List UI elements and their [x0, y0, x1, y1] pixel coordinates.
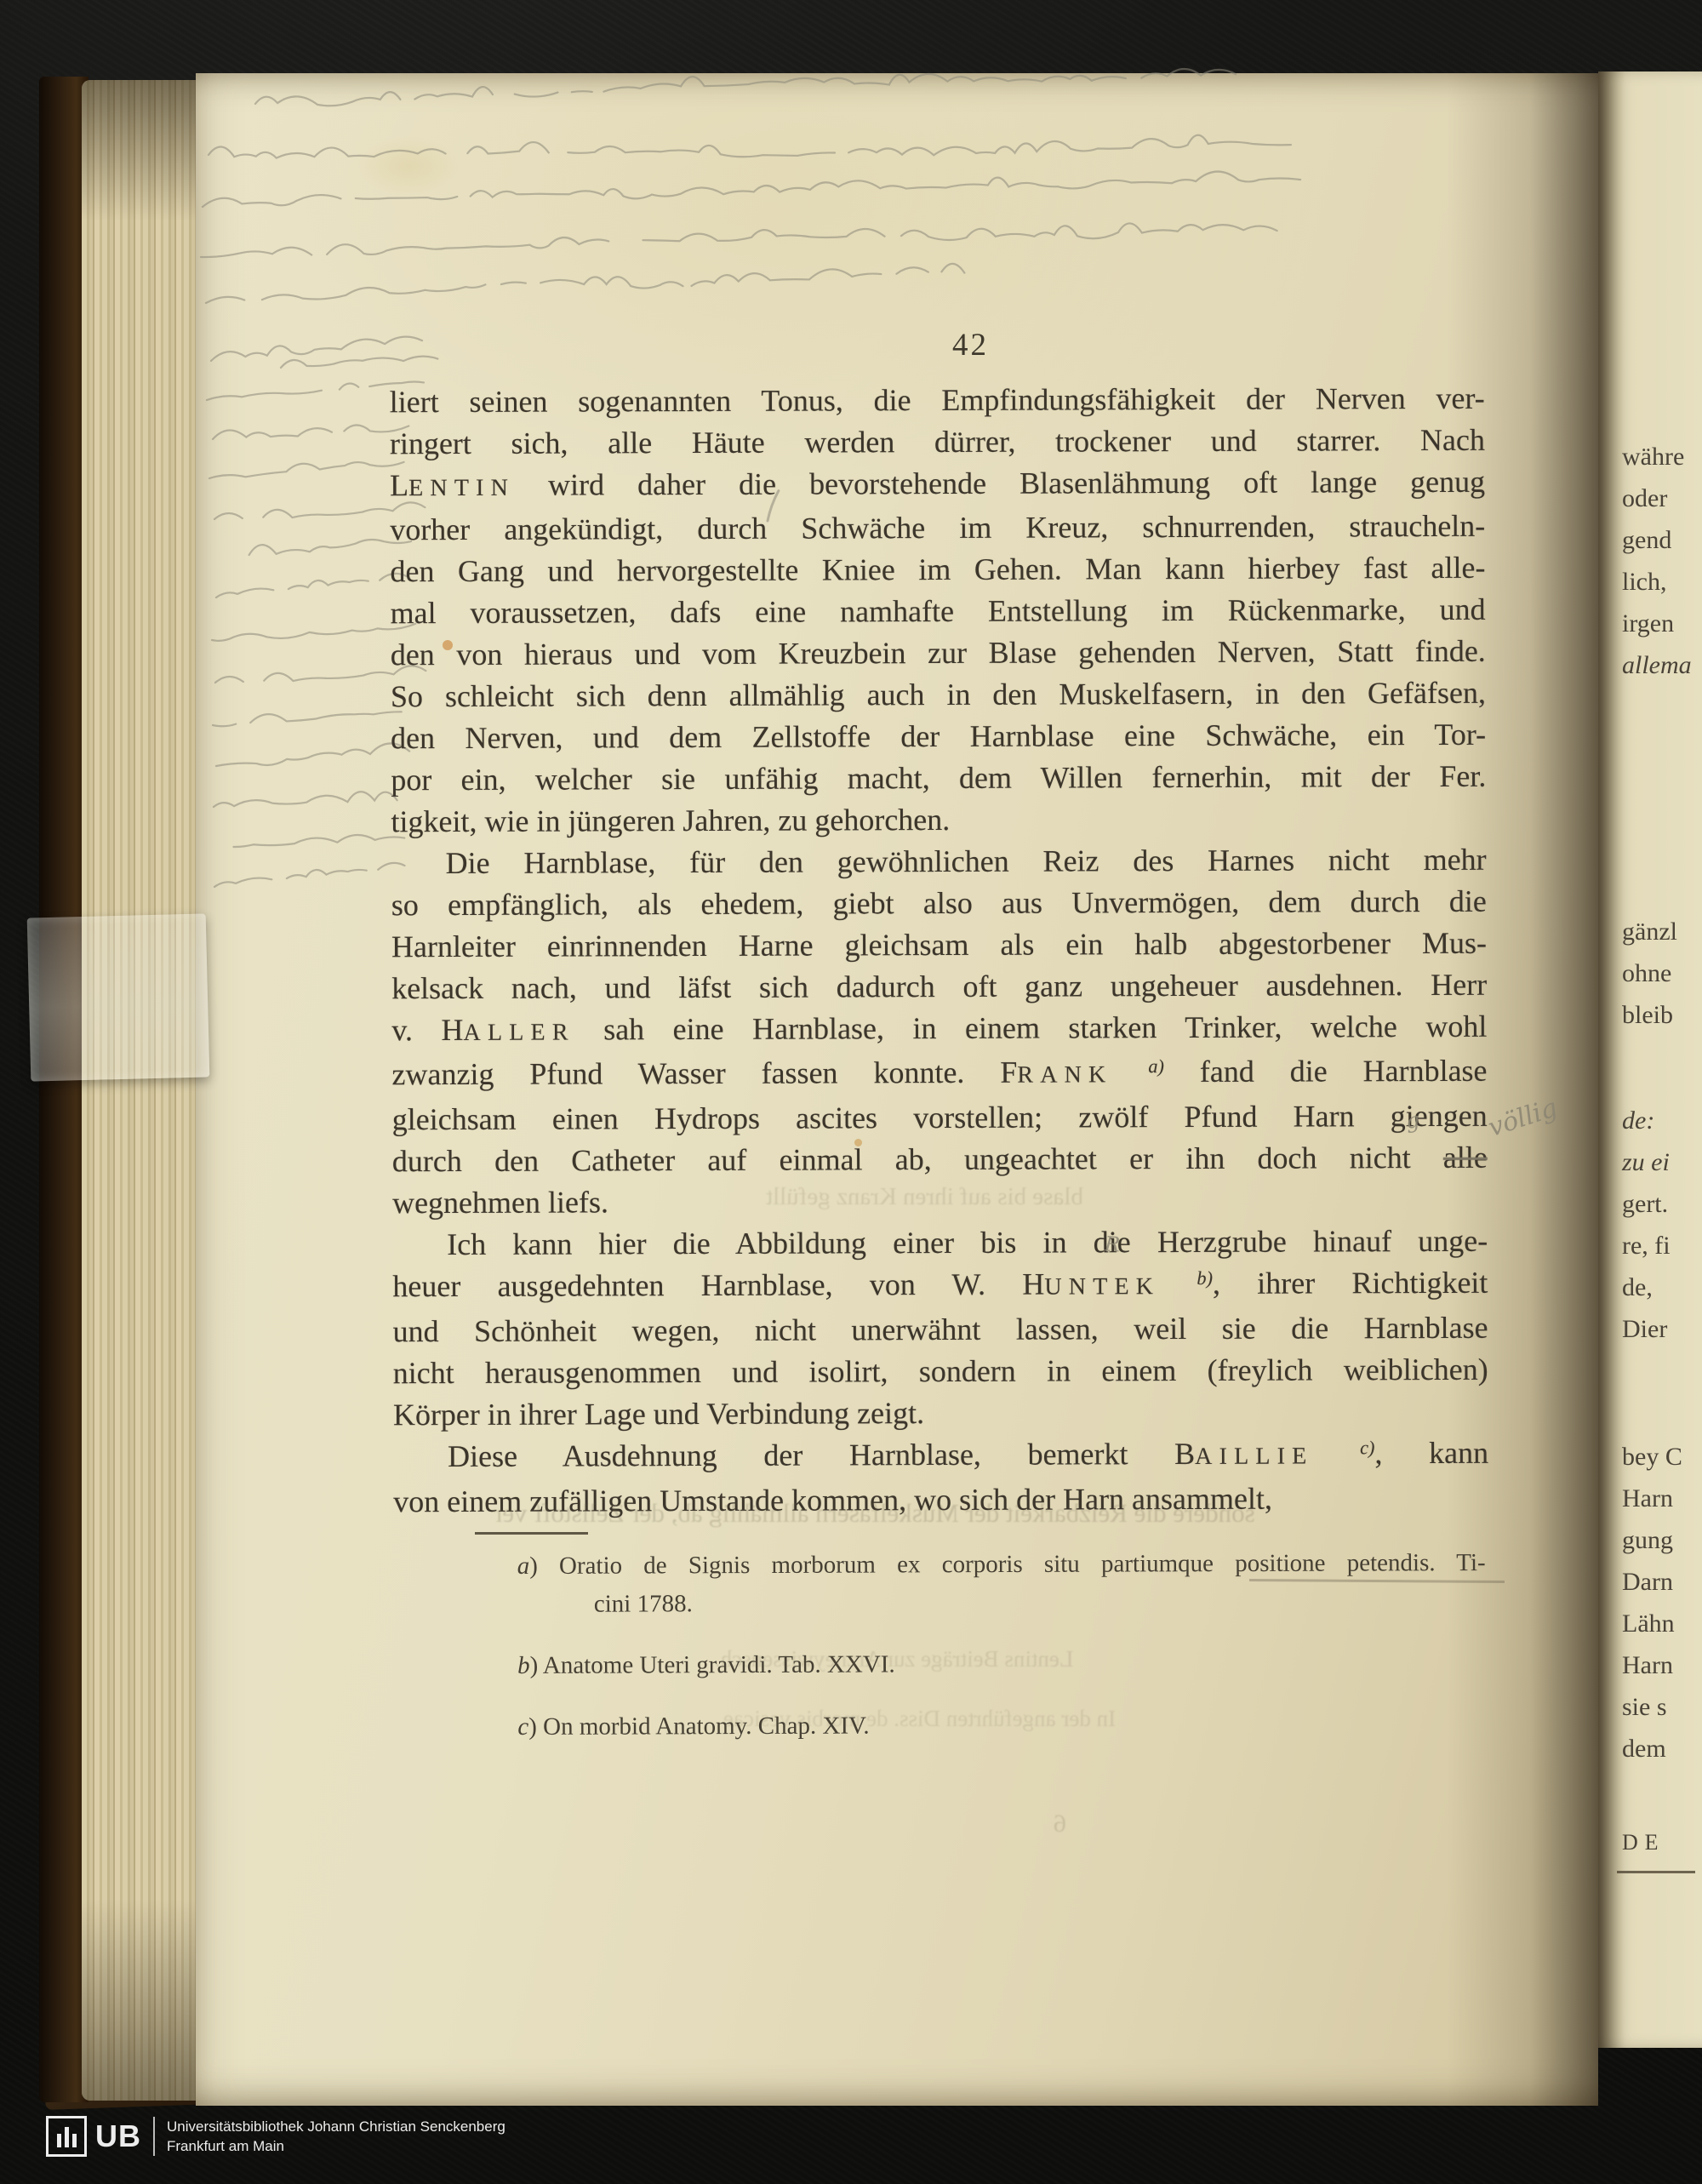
text-line: nicht herausgenommen und isolirt, sonder…: [393, 1349, 1488, 1394]
text-line: liert seinen sogenannten Tonus, die Empf…: [390, 378, 1485, 423]
handwriting-scribble: [214, 789, 397, 813]
stamp-line1: Universitätsbibliothek Johann Christian …: [167, 2117, 505, 2136]
text-line: den von hieraus und vom Kreuzbein zur Bl…: [391, 631, 1486, 676]
text-line: Die Harnblase, für den gewöhnlichen Reiz…: [391, 839, 1487, 884]
text-line: Harnleiter einrinnenden Harne gleichsam …: [391, 923, 1487, 968]
ub-logo-glyph: [72, 2134, 77, 2147]
page-fragment: allema: [1622, 651, 1692, 680]
text-line: Diese Ausdehnung der Harnblase, bemerkt …: [393, 1432, 1488, 1481]
text-line: LENTIN wird daher die bevorstehende Blas…: [390, 461, 1485, 509]
page-fragment: währe: [1622, 443, 1684, 472]
page-fragment: gend: [1622, 526, 1671, 555]
text-line: mal voraussetzen, dafs eine namhafte Ent…: [391, 589, 1486, 634]
text-line: cini 1788.: [517, 1582, 1486, 1624]
text-line: Ich kann hier die Abbildung einer bis in…: [392, 1221, 1488, 1266]
pencil-mark: R: [1104, 1232, 1121, 1256]
stamp-line2: Frankfurt am Main: [167, 2136, 505, 2156]
page-fragment: Harn: [1622, 1651, 1673, 1680]
ub-logo-box: [46, 2116, 87, 2157]
handwriting-scribble: [215, 573, 407, 597]
page-fragment: ohne: [1622, 959, 1671, 988]
page-fragment: de:: [1622, 1106, 1654, 1135]
page-fragment: bey C: [1622, 1443, 1682, 1472]
page-fragment: irgen: [1622, 609, 1674, 638]
handwriting-scribble: [212, 702, 401, 728]
page-fragment: bleib: [1622, 1001, 1673, 1030]
page-fragment: lich,: [1622, 568, 1667, 597]
text-line: den Gang und hervorgestellte Kniee im Ge…: [390, 547, 1485, 592]
bleed-through-text: blase bis auf ihren Kranz gefüllt: [766, 1183, 1083, 1211]
facing-page-strip: währeodergendlich,irgenallemagänzlohnebl…: [1598, 71, 1702, 2048]
page-fragment: zu ei: [1622, 1148, 1670, 1177]
page-fragment: Lähn: [1622, 1609, 1675, 1638]
text-line: v. HALLER sah eine Harnblase, in einem s…: [391, 1006, 1487, 1054]
handwriting-scribble: [208, 132, 1291, 166]
library-stamp-text: Universitätsbibliothek Johann Christian …: [153, 2117, 505, 2156]
text-line: heuer ausgedehnten Harnblase, von W. HUN…: [392, 1262, 1488, 1311]
page-fragment: sie s: [1622, 1693, 1667, 1722]
ub-logo-label: UB: [95, 2118, 141, 2154]
page-fragment: de,: [1622, 1273, 1653, 1302]
text-line: so empfänglich, als ehedem, giebt also a…: [391, 881, 1487, 926]
text-line: ringert sich, alle Häute werden dürrer, …: [390, 420, 1485, 465]
handwriting-scribble: [203, 169, 1300, 209]
text-line: kelsack nach, und läfst sich dadurch oft…: [391, 964, 1487, 1009]
main-text-block: liert seinen sogenannten Tonus, die Empf…: [390, 378, 1489, 1523]
handwriting-scribble: [233, 832, 404, 848]
page-fragment: gung: [1622, 1526, 1673, 1555]
footnote-separator-rule: [475, 1532, 588, 1535]
text-line: por ein, welcher sie unfähig macht, dem …: [391, 756, 1486, 801]
handwriting-scribble: [214, 862, 405, 887]
page-fragment: gert.: [1622, 1190, 1668, 1219]
handwriting-scribble: [210, 335, 422, 361]
handwriting-scribble: [212, 415, 408, 447]
handwriting-scribble: [205, 264, 964, 303]
text-line: So schleicht sich denn allmählig auch in…: [391, 672, 1486, 718]
page-fragment: Harn: [1622, 1484, 1673, 1513]
text-line: und Schönheit wegen, nicht unerwähnt las…: [392, 1307, 1488, 1352]
page-fragment: DE: [1622, 1830, 1665, 1855]
bleed-through-text: sondere die Reizbarkeit der Muskelfasern…: [494, 1498, 1255, 1529]
bleed-through-text: Lentins Beiträge zur Arzneywissensch.: [715, 1646, 1073, 1672]
text-line: tigkeit, wie in jüngeren Jahren, zu geho…: [391, 798, 1486, 843]
page-fragment: re, fi: [1622, 1232, 1671, 1261]
tape-strip: [27, 913, 210, 1081]
handwriting-scribble: [201, 214, 1277, 266]
text-line: zwanzig Pfund Wasser fassen konnte. FRAN…: [391, 1050, 1487, 1099]
scanned-book-screenshot: { "page": { "number": "42" }, "main_text…: [0, 0, 1702, 2184]
page-fragment: gänzl: [1622, 918, 1677, 946]
handwriting-scribble: [281, 355, 438, 368]
text-line: den Nerven, und dem Zellstoffe der Harnb…: [391, 714, 1486, 759]
bleed-through-text: In der angeführten Diss. de morbis vesic…: [723, 1706, 1116, 1732]
handwriting-scribble: [215, 742, 409, 769]
handwriting-scribble: [248, 532, 412, 557]
ub-logo-glyph: [57, 2134, 61, 2147]
text-line: gleichsam einen Hydrops ascites vorstell…: [392, 1095, 1488, 1141]
page-number: 42: [423, 327, 1518, 363]
facing-page-rule: [1617, 1871, 1695, 1873]
bleed-through-text: 6: [1054, 1810, 1066, 1838]
text-line: durch den Catheter auf einmal ab, ungeac…: [392, 1137, 1488, 1182]
text-line: vorher angekündigt, durch Schwäche im Kr…: [390, 506, 1485, 551]
text-line: Körper in ihrer Lage und Verbindung zeig…: [393, 1391, 1488, 1436]
page-fragment: dem: [1622, 1735, 1666, 1764]
library-stamp: UB Universitätsbibliothek Johann Christi…: [46, 2116, 505, 2157]
page-fragment: Darn: [1622, 1568, 1673, 1597]
handwriting-scribble: [208, 456, 404, 479]
handwriting-scribble: [212, 622, 416, 643]
handwriting-scribble: [255, 66, 1237, 107]
ub-logo-glyph: [65, 2127, 69, 2147]
page-fragment: Dier: [1622, 1315, 1667, 1344]
page-fragment: oder: [1622, 484, 1667, 513]
